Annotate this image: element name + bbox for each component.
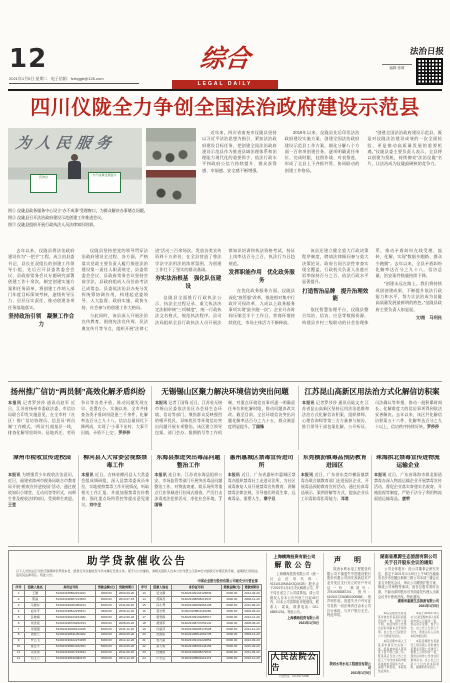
- lead-paragraph: 仪陇县坚持把党的领导贯穿法治政府建设全过程、各方面，严格落实党政主要负责人履行推…: [82, 248, 149, 311]
- article-lead: 本报讯: [8, 400, 21, 405]
- court-box-hotline: 刊登热线：010-84772688: [279, 674, 309, 678]
- brief-headline: 东莞横沥镇毒品预防教育进园区: [301, 455, 369, 470]
- section-title: 综合: [149, 46, 302, 71]
- brief-body: 本报讯 近日，广东省东莞市横沥镇禁毒办联合镇教育部门走进园区企业，开展毒品预防教…: [301, 472, 369, 543]
- column-divider: [298, 455, 299, 543]
- brief-body: 本报讯 近日，吉林省柳河县人大常委会组成调研组，深入县禁毒委成员单位，实地视察禁…: [81, 472, 149, 543]
- divider-2: [8, 546, 442, 547]
- brief-huizhou: 惠州惠城区禁毒宣传进司所 本报讯 近日，广东省惠州市惠城区禁毒办组织禁毒社工走进…: [228, 455, 296, 543]
- table-row: 24卢志远5130231989091124733000.002010-12-20: [138, 656, 262, 662]
- article-text: 记者罗莎莎 通讯员陆文杰 江苏省昆山高新区坚持运用法治思维和法治方式化解信访积案…: [302, 400, 442, 429]
- caption-2: 图② 仪陇县召开法治政府建设示范创建工作推进会议。: [8, 215, 208, 222]
- lead-paragraph: 去年以来，仪陇县将法治政府建设作为“一把手”工程，成立由县委书记、县长任双组长的…: [8, 248, 75, 311]
- intro-paragraph: 近年来，四川省南充市仪陇县坚持以习近平法治思想为指引，紧扣法治政府建设目标任务，…: [202, 130, 277, 174]
- table-cell: 卢志远: [150, 656, 171, 662]
- date-text: 2021年1月5日 星期二: [9, 76, 47, 81]
- lead-headline: 四川仪陇全力争创全国法治政府建设示范县: [8, 96, 442, 120]
- article-headline: 无锡锡山区聚力解决环境信访突出问题: [155, 386, 295, 397]
- lead-subhead-2: 夯实法治根基 强化队伍建设: [155, 276, 222, 291]
- court-item: 本院受理原告张某某诉被告李某某民间借贷纠纷一案，因你下落不明，依法向你公告送达起…: [378, 612, 407, 638]
- column-divider: [151, 455, 152, 543]
- article-lead: 本报讯: [302, 400, 315, 405]
- table-cell: 3000.00: [221, 656, 242, 662]
- statement-signer: 陕西水利水电工程建设有限公司: [327, 662, 371, 672]
- lead-paragraph: 在优化政务服务方面，仪陇县深化“放管服”改革，推进相对集中行政许可权改革，九成以…: [229, 288, 296, 326]
- lead-paragraph: “创建永远在路上。我们将持续巩固创建成果，不断提升依法行政能力和水平，努力让法治…: [376, 281, 443, 312]
- dissolution-date: 2021年1月5日: [270, 621, 319, 626]
- brief-body: 本报讯 连日来，江苏省东海县组织公安、市场监管等部门开展突出毒品问题整治工作，对…: [154, 472, 222, 543]
- qr-code[interactable]: [416, 58, 443, 85]
- meeting-title: 湖南省惠源生态旅游有限公司关于召开股东会议的通知: [378, 554, 439, 566]
- photo-person: [68, 161, 81, 179]
- column-divider: [298, 386, 299, 450]
- article-body: 本报讯 记者罗莎莎 通讯员陆文杰 江苏省昆山高新区坚持运用法治思维和法治方式化解…: [302, 400, 442, 450]
- photo-sign-consult: 咨询台: [30, 174, 57, 193]
- notice-divider: [266, 553, 267, 677]
- article-yangzhou: 扬州推广信访“两员制”高效化解矛盾纠纷 本报讯 记者罗莎莎 通讯员赵军 近日，江…: [8, 386, 148, 450]
- lead-intro: 近年来，四川省南充市仪陇县坚持以习近平法治思想为指引，紧扣法治政府建设目标任务，…: [202, 130, 442, 242]
- section-header: 综合: [150, 46, 300, 71]
- column-divider: [224, 455, 225, 543]
- dissolution-body: 上海横海投资有限公司（统一社会信用代码：91310115MA1K3Q4X2B）股…: [270, 572, 319, 614]
- table-cell: 513023198909112473: [171, 656, 221, 662]
- brief-donghai: 东海县推进突出毒品问题整治工作 本报讯 连日来，江苏省东海县组织公安、市场监管等…: [154, 455, 222, 543]
- statement-date: 2021年1月5日: [327, 671, 371, 676]
- brief-headline: 漳州市税收宣传进校园: [8, 455, 76, 470]
- photo-calligraphy-text: 为人民服务: [14, 132, 118, 153]
- article-headline: 江苏昆山高新区用法治方式化解信访积案: [302, 386, 442, 397]
- photo-meeting-2: [146, 170, 196, 204]
- column-divider: [371, 455, 372, 543]
- lead-subhead-4: 打造智治品牌 提升治理效能: [302, 289, 369, 304]
- court-item: 本院受理原告某建设工程有限公司诉被告某置业有限公司建设工程施工合同纠纷一案，现依…: [411, 640, 440, 670]
- brief-lead: 本报讯: [8, 472, 21, 477]
- brief-liuhe: 柳河县人大常委会视察禁毒工作 本报讯 近日，吉林省柳河县人大常委会组成调研组，深…: [81, 455, 149, 543]
- photo-sign-window: 办不成事受理窗口: [88, 172, 121, 193]
- newspaper-page: 12 2021年1月5日 星期二 电子信箱：fzrbggb@126.com 综合…: [0, 0, 450, 683]
- court-item: 本院于2020年12月1日立案受理申请人刘某某申请公示催告一案，依法决定受理，现…: [411, 612, 440, 638]
- court-announcements-text: 本院受理原告张某某诉被告李某某民间借贷纠纷一案，因你下落不明，依法向你公告送达起…: [378, 612, 439, 676]
- brief-body: 本报讯 近日，广东省惠州市惠城区禁毒办组织禁毒社工走进司法所，为社区戒毒康复人员…: [228, 472, 296, 543]
- page-number: 12: [9, 46, 47, 72]
- table-cell: 2010-12-20: [242, 656, 261, 662]
- brief-body: 本报讯 为增强青少年税收法治意识，近日，福建省漳州市税务局联合市教育局开展“税收…: [8, 472, 76, 543]
- brief-lead: 本报讯: [374, 472, 387, 477]
- column-divider: [78, 455, 79, 543]
- loan-signer: 中国农业银行股份有限公司南充分行营业部: [12, 578, 258, 583]
- notice-divider: [323, 553, 324, 677]
- dissolution-title: 解散公告: [270, 560, 319, 570]
- table-cell: 何玉兰: [25, 656, 46, 662]
- photo-service-hall: 为人民服务 咨询台 办不成事受理窗口: [8, 128, 142, 204]
- statement-notice: 声 明 陕西水利水电工程建设有限公司不慎遗失中国建设银行股份有限公司西安高新技术…: [327, 554, 371, 676]
- court-items: 本院受理原告张某某诉被告李某某民间借贷纠纷一案，因你下落不明，依法向你公告送达起…: [378, 612, 439, 676]
- loan-table-right: 序号借款人姓名身份证号码贷款金额(元)贷款到期日13吴文静51302319910…: [138, 584, 263, 662]
- brief-headline: 东海县推进突出毒品问题整治工作: [154, 455, 222, 470]
- brief-body: 本报讯 近日，广东省珠海市拱北街道禁毒办深入物流运输企业开展禁毒宣传活动，督促企…: [374, 472, 442, 543]
- brief-byline: 王莹: [8, 502, 16, 507]
- divider-1: [8, 381, 442, 382]
- column-divider: [151, 386, 152, 450]
- photo-captions: 图① 仪陇县政务服务中心设立“办不成事”受理窗口，为群众解决办事堵点问题。 图②…: [8, 208, 208, 228]
- loan-table-left: 序号借款人姓名身份证号码贷款金额(元)贷款到期日1王刚5130231988021…: [12, 584, 137, 662]
- date-rule: [9, 83, 139, 84]
- loan-intro: 以下人员依法应当偿还到期助学贷款本息，经我行多次催收至今仍未履行还款义务。现予以…: [16, 569, 258, 577]
- caption-1: 图① 仪陇县政务服务中心设立“办不成事”受理窗口，为群众解决办事堵点问题。: [8, 208, 208, 215]
- table-row: 12何玉兰5130231989100824763000.002010-12-20: [13, 656, 137, 662]
- table-cell: 3000.00: [96, 656, 117, 662]
- brief-byline: 邓君: [341, 496, 349, 501]
- article-body: 本报讯 记者丁国锋 近日，江苏省无锡市锡山区委依法治区办会同生态环境、信访等部门…: [155, 400, 295, 450]
- masthead-logo: 法治日报: [410, 45, 445, 57]
- dissolution-notice: 上海横海投资有限公司 解散公告 上海横海投资有限公司（统一社会信用代码：9131…: [270, 554, 319, 649]
- loan-notice: 助学贷款催收公告 以下人员依法应当偿还到期助学贷款本息，经我行多次催收至今仍未履…: [12, 553, 262, 677]
- briefs-row: 漳州市税收宣传进校园 本报讯 为增强青少年税收法治意识，近日，福建省漳州市税务局…: [8, 455, 442, 543]
- section-subtitle-bar: LEGAL DAILY: [172, 80, 278, 89]
- article-text: 记者丁国锋 近日，江苏省无锡市锡山区委依法治区办会同生态环境、信访等部门，聚焦群…: [155, 400, 295, 435]
- statement-title: 声 明: [327, 555, 371, 565]
- table-cell: 513023198910082476: [46, 656, 96, 662]
- editor-credit: 编辑 张晴: [382, 64, 412, 71]
- lead-byline: 文/图 马利民: [376, 315, 443, 321]
- loan-title: 助学贷款催收公告: [12, 553, 262, 568]
- header-rule: [8, 89, 442, 91]
- article-byline: 丁国锋: [252, 424, 264, 429]
- court-box-inner: 人民法院公告 刊登热线：010-84772688: [271, 654, 318, 675]
- brief-zhuhai: 珠海拱北禁毒宣传进物流运输企业 本报讯 近日，广东省珠海市拱北街道禁毒办深入物流…: [374, 455, 442, 543]
- lead-paragraph: 该县还建立健全重大行政决策程序制度，聘请法律顾问参与重大决策论证，政府合同合法性…: [302, 248, 369, 286]
- notices-strip: 助学贷款催收公告 以下人员依法应当偿还到期助学贷款本息，经我行多次催收至今仍未履…: [8, 550, 442, 682]
- brief-headline: 珠海拱北禁毒宣传进物流运输企业: [374, 455, 442, 470]
- lead-subhead-3: 发挥职能作用 优化政务服务: [229, 270, 296, 285]
- brief-lead: 本报讯: [228, 472, 241, 477]
- lead-body: 去年以来，仪陇县将法治政府建设作为“一把手”工程，成立由县委书记、县长任双组长的…: [8, 248, 442, 376]
- brief-headline: 柳河县人大常委会视察禁毒工作: [81, 455, 149, 470]
- email-text: 电子信箱：fzrbggb@126.com: [51, 76, 104, 81]
- brief-dongguan: 东莞横沥镇毒品预防教育进园区 本报讯 近日，广东省东莞市横沥镇禁毒办联合镇教育部…: [301, 455, 369, 543]
- dateline: 2021年1月5日 星期二 电子信箱：fzrbggb@126.com: [9, 76, 104, 82]
- loan-tables: 序号借款人姓名身份证号码贷款金额(元)贷款到期日1王刚5130231988021…: [12, 584, 262, 662]
- table-cell: 24: [138, 656, 150, 662]
- caption-3: 图③ 仪陇县组织开展行政执法人员法律知识培训。: [8, 222, 208, 229]
- dissolution-company: 上海横海投资有限公司: [270, 554, 319, 559]
- intro-paragraph: 2019年以来，仪陇县先后印发法治政府建设实施方案、创建全国法治政府建设示范县工…: [285, 130, 360, 174]
- court-item: 本院受理申请人王某某申请宣告失踪一案，经查被申请人陈某某下落不明已满二年。陈某某…: [378, 640, 407, 674]
- article-wuxi: 无锡锡山区聚力解决环境信访突出问题 本报讯 记者丁国锋 近日，江苏省无锡市锡山区…: [155, 386, 295, 450]
- photo-meeting-1: [146, 128, 196, 166]
- brief-lead: 本报讯: [301, 472, 314, 477]
- meeting-body: 公司全体股东：经公司董事会研究决定，兹定于2021年1月20日上午9时在湖南省长…: [378, 567, 439, 599]
- article-headline: 扬州推广信访“两员制”高效化解矛盾纠纷: [8, 386, 148, 397]
- brief-byline: 刘中全: [89, 502, 101, 507]
- photo-person-head: [71, 154, 78, 161]
- court-announcements-box: 人民法院公告 刊登热线：010-84772688: [268, 651, 320, 675]
- brief-byline: 章宁旦: [264, 496, 276, 501]
- meeting-date: 2021年1月5日: [378, 604, 439, 609]
- article-lead: 本报讯: [155, 400, 167, 405]
- mid-articles-row: 扬州推广信访“两员制”高效化解矛盾纠纷 本报讯 记者罗莎莎 通讯员赵军 近日，江…: [8, 386, 442, 450]
- brief-lead: 本报讯: [81, 472, 94, 477]
- article-kunshan: 江苏昆山高新区用法治方式化解信访积案 本报讯 记者罗莎莎 通讯员陆文杰 江苏省昆…: [302, 386, 442, 450]
- article-body: 本报讯 记者罗莎莎 通讯员赵军 近日，江苏省扬州市委政法委、市信访局联合印发实施…: [8, 400, 148, 450]
- table-cell: 2010-12-20: [117, 656, 136, 662]
- article-byline: 罗莎莎: [427, 424, 439, 429]
- court-box-title: 人民法院公告: [272, 651, 317, 673]
- table-cell: 12: [13, 656, 25, 662]
- brief-headline: 惠州惠城区禁毒宣传进司所: [228, 455, 296, 470]
- meeting-notice: 湖南省惠源生态旅游有限公司关于召开股东会议的通知 公司全体股东：经公司董事会研究…: [378, 554, 439, 609]
- lead-subhead-1: 坚持政治引领 凝聚工作合力: [8, 314, 75, 329]
- notice-divider: [374, 553, 375, 677]
- statement-body: 陕西水利水电工程建设有限公司不慎遗失中国建设银行股份有限公司西安高新技术产业开发…: [327, 567, 371, 662]
- intro-paragraph: “创建全国法治政府建设示范县，既是对仪陇法治建设成效的一次全面检验，更是推动高质…: [367, 130, 442, 168]
- article-byline: 罗莎莎: [118, 430, 130, 435]
- brief-byline: 唐荣: [402, 496, 410, 501]
- brief-zhangzhou: 漳州市税收宣传进校园 本报讯 为增强青少年税收法治意识，近日，福建省漳州市税务局…: [8, 455, 76, 543]
- brief-lead: 本报讯: [154, 472, 167, 477]
